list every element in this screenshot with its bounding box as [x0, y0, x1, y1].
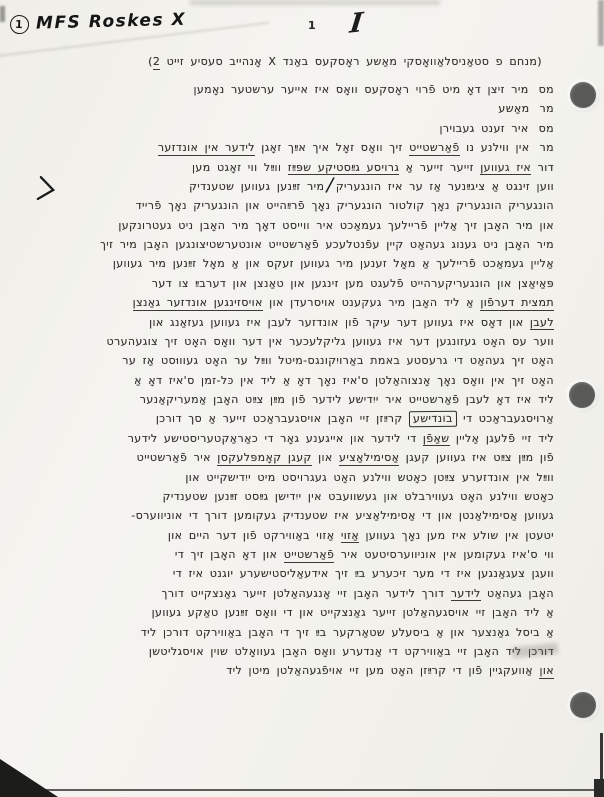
text-segment: ווי ס'איז געקומען אין אוניווערסיטעט איר	[334, 548, 554, 561]
transcript-line: כאָטש ווילנע האָט געווירבלט און געשוועבט…	[34, 487, 554, 506]
transcript-line: ליד זיי פֿלעגן אַליין שאַפֿן די לידער או…	[34, 429, 554, 448]
text-segment: מיר זײַנען געווען שטענדיק	[189, 180, 324, 193]
transcript-line: געווען אַסימילאַנטן און די אַסימילאַציע …	[34, 506, 554, 525]
text-segment: די לידער און אייגענע גאָר די כאַראַקטערי…	[128, 432, 423, 445]
text-segment: ווען זינגט אַ ציגײַנער אַז ער איז הונגער…	[336, 180, 554, 193]
text-segment: איר זענט געבוירן	[439, 122, 528, 135]
scan-corner-bottom-right	[594, 779, 604, 797]
text-segment: ווער עס האָט געזונגען דער איז געווען גלי…	[107, 335, 555, 348]
scan-streak-top	[190, 0, 440, 5]
handwritten-roman-numeral: I	[348, 7, 364, 39]
text-segment: יטעטן אין שולע איז מען נאָך געווען	[359, 529, 554, 542]
transcript-line: מרמאַשע	[34, 99, 554, 118]
speaker-label: מר	[540, 102, 554, 115]
text-segment: דורכן ליד האָבן זיי באַווירקט די אַנדערע…	[149, 645, 554, 658]
transcript-line: ווי ס'איז געקומען אין אוניווערסיטעט איר …	[34, 545, 554, 564]
text-segment: אַוועקגיין פֿון די קרײַזן האָט מען זיי א…	[226, 664, 539, 677]
text-segment: ליד איז דאָ לעבן פֿאַרשטייט איר ייִדישע …	[140, 393, 554, 406]
transcript-line: פּאַיאַצן און הונגעריקערהייט פֿלעגט מען …	[34, 274, 554, 293]
text-segment: און דאָס איז געווען דער עיקר פֿון אונדזע…	[149, 316, 530, 329]
hole-punch	[570, 692, 596, 718]
transcript-line: מראין ווילנע נו פֿאַרשטייט זיך וואָס זאָ…	[34, 138, 554, 157]
transcript-line: אַ ביסל גאַנצער און אַ ביסעלע שטאַרקער ב…	[34, 623, 554, 642]
scan-edge-bottom	[0, 789, 604, 792]
scan-mark-top-left	[0, 6, 5, 22]
transcript-line: ווײַל אין אונדזערע צײַטן כאָטש ווילנע הא…	[34, 468, 554, 487]
speaker-label: מר	[540, 141, 554, 154]
text-segment: אויסזינגען אונדזער גאַנצן	[133, 296, 263, 311]
text-segment: אין ווילנע נו	[460, 141, 530, 154]
text-segment: און דאָ האָבן זיך די	[175, 548, 284, 561]
text-segment: האָט זיך געהאַט די גרעסטע באמת באַרויִקו…	[122, 354, 554, 367]
handwritten-header: 1 MFS Roskes X	[10, 10, 187, 35]
transcript-line: האָט זיך געהאַט די גרעסטע באמת באַרויִקו…	[34, 351, 554, 370]
text-segment: פֿון מײַן צײַט איז געווען קעגן	[399, 451, 554, 464]
transcript-line: מיר האָבן ניט גענוג געהאַט קיין עפֿנטלעכ…	[34, 235, 554, 254]
text-segment: פּאַיאַצן און הונגעריקערהייט פֿלעגט מען …	[152, 277, 554, 290]
text-segment: און	[539, 664, 554, 679]
text-segment: אַזוי באַווירקט פֿון דער היים און	[168, 529, 341, 542]
transcript-line: הונגעריק הונגעריק נאָך קולטור הונגעריק נ…	[34, 196, 554, 215]
text-segment: פֿאַרשטייט	[409, 141, 460, 156]
page-number: 1	[308, 19, 316, 32]
text-segment: גרויסע גײַסטיקע שפּײַז	[288, 161, 400, 176]
transcript-line: דורכן ליד האָבן זיי באַווירקט די אַנדערע…	[34, 642, 554, 661]
text-segment: פֿאַרשטייט	[284, 548, 335, 563]
text-segment: כאָטש ווילנע האָט געווירבלט און געשוועבט…	[163, 490, 554, 503]
transcript-line: מסאיר זענט געבוירן	[34, 119, 554, 138]
text-segment: קרײַזן זיי האָבן אויסגעבראַכט זייער אַ ס…	[156, 412, 409, 425]
scan-streak-top-right	[598, 0, 604, 46]
transcript-line: ווער עס האָט געזונגען דער איז געווען גלי…	[34, 332, 554, 351]
text-segment: האָבן געהאַט	[481, 587, 554, 600]
transcript-body: מסמיר זיצן דאָ מיט פֿרוי ראָסקעס וואָס א…	[34, 80, 554, 681]
text-segment: אַרויסגעבראַכט די	[457, 412, 554, 425]
transcript-line: פֿון מײַן צײַט איז געווען קעגן אַסימילאַ…	[34, 448, 554, 467]
transcript-line: יטעטן אין שולע איז מען נאָך געווען אַזוי…	[34, 526, 554, 545]
text-segment: און	[312, 451, 339, 464]
text-segment: הונגעריק הונגעריק נאָך קולטור הונגעריק נ…	[136, 199, 554, 212]
transcript-line: און אַוועקגיין פֿון די קרײַזן האָט מען ז…	[34, 661, 554, 680]
source-reference-line: (מנחם פ סטאַניסלאַוואָסקי מאַשע ראָסקעס …	[40, 55, 542, 68]
transcript-line: וועגן צעגאַנגען איז די מער זיכערע בײַ זי…	[34, 564, 554, 583]
text-segment: (מנחם פ סטאַניסלאַוואָסקי מאַשע ראָסקעס …	[160, 55, 542, 68]
scanned-page: 1 MFS Roskes X 1 I (מנחם פ סטאַניסלאַווא…	[0, 0, 604, 797]
text-segment: געווען אַסימילאַנטן און די אַסימילאַציע …	[131, 509, 554, 522]
text-segment: לידער אין אונדזער	[158, 141, 255, 156]
text-segment: ווײַל ווי זאָגט מען	[192, 161, 288, 174]
text-segment: ליד זיי פֿלעגן אַליין	[450, 432, 555, 445]
transcript-line: ווען זינגט אַ ציגײַנער אַז ער איז הונגער…	[34, 177, 554, 196]
transcript-line: און מיר האָבן זיך אַליין פֿריילעך געמאַכ…	[34, 216, 554, 235]
transcript-line: מסמיר זיצן דאָ מיט פֿרוי ראָסקעס וואָס א…	[34, 80, 554, 99]
transcript-line: לעבן און דאָס איז געווען דער עיקר פֿון א…	[34, 313, 554, 332]
text-segment: איז געווען	[480, 161, 531, 176]
text-segment: אַ ליד האָבן מיר געקענט אויסרעדן און	[263, 296, 481, 309]
text-segment: קעגן קאָמפּלעקסן	[217, 451, 311, 466]
text-segment: דורך לידער האָבן זיי אָנגעהאַלטן זייער ג…	[162, 587, 451, 600]
text-segment: אַזוי	[341, 529, 359, 544]
transcript-line: האָבן געהאַט לידער דורך לידער האָבן זיי …	[34, 584, 554, 603]
text-segment: אַסימילאַציע	[339, 451, 399, 466]
text-segment: מאַשע	[498, 102, 529, 115]
scan-corner-bottom-left	[0, 759, 58, 797]
text-segment: דור	[531, 161, 554, 174]
handwritten-bracket-icon	[34, 175, 58, 207]
transcript-line: האָט זיך אין וואָס נאָך אָנצוהאַלטן ס'אי…	[34, 371, 554, 390]
transcript-line: תמצית דערפֿון אַ ליד האָבן מיר געקענט או…	[34, 293, 554, 312]
handwritten-name-label: MFS Roskes X	[36, 10, 187, 34]
text-segment: איר פֿאַרשטייט	[137, 451, 218, 464]
text-segment: לידער	[451, 587, 481, 602]
transcript-line: אַליין געמאַכט פֿריילעך אַ מאָל זענען מי…	[34, 254, 554, 273]
speaker-label: מס	[539, 122, 554, 135]
text-segment: ווײַל אין אונדזערע צײַטן כאָטש ווילנע הא…	[185, 471, 554, 484]
circled-number: 1	[10, 14, 30, 34]
boxed-word: בונדישע	[409, 411, 457, 428]
text-segment: אַליין געמאַכט פֿריילעך אַ מאָל זענען מי…	[113, 257, 554, 270]
transcript-line: אַרויסגעבראַכט די בונדישע קרײַזן זיי האָ…	[34, 409, 554, 428]
text-segment: זיך וואָס זאָל איך אײַך זאָגן	[255, 141, 409, 154]
text-segment: שאַפֿן	[423, 432, 450, 447]
transcript-line: ליד איז דאָ לעבן פֿאַרשטייט איר ייִדישע …	[34, 390, 554, 409]
text-segment: וועגן צעגאַנגען איז די מער זיכערע בײַ זי…	[173, 567, 554, 580]
transcript-line: אַ ליד האָבן זיי אויסגעהאַלטן זייער גאַנ…	[34, 603, 554, 622]
text-segment: האָט זיך אין וואָס נאָך אָנצוהאַלטן ס'אי…	[134, 374, 554, 387]
transcript-line: דור איז געווען זייער זייער אַ גרויסע גײַ…	[34, 158, 554, 177]
text-segment: און מיר האָבן זיך אַליין פֿריילעך געמאַכ…	[118, 219, 554, 232]
text-segment: תמצית דערפֿון	[480, 296, 554, 311]
text-segment: מיר האָבן ניט גענוג געהאַט קיין עפֿנטלעכ…	[100, 238, 554, 251]
text-segment: לעבן	[530, 316, 554, 331]
speaker-label: מס	[539, 83, 554, 96]
hole-punch	[570, 82, 596, 108]
text-segment: מיר זיצן דאָ מיט פֿרוי ראָסקעס וואָס איז…	[193, 83, 528, 96]
hole-punch	[569, 382, 595, 408]
text-segment: זייער זייער אַ	[399, 161, 480, 174]
text-segment: אַ ביסל גאַנצער און אַ ביסעלע שטאַרקער ב…	[141, 626, 554, 639]
text-segment: אַ ליד האָבן זיי אויסגעהאַלטן זייער גאַנ…	[152, 606, 554, 619]
